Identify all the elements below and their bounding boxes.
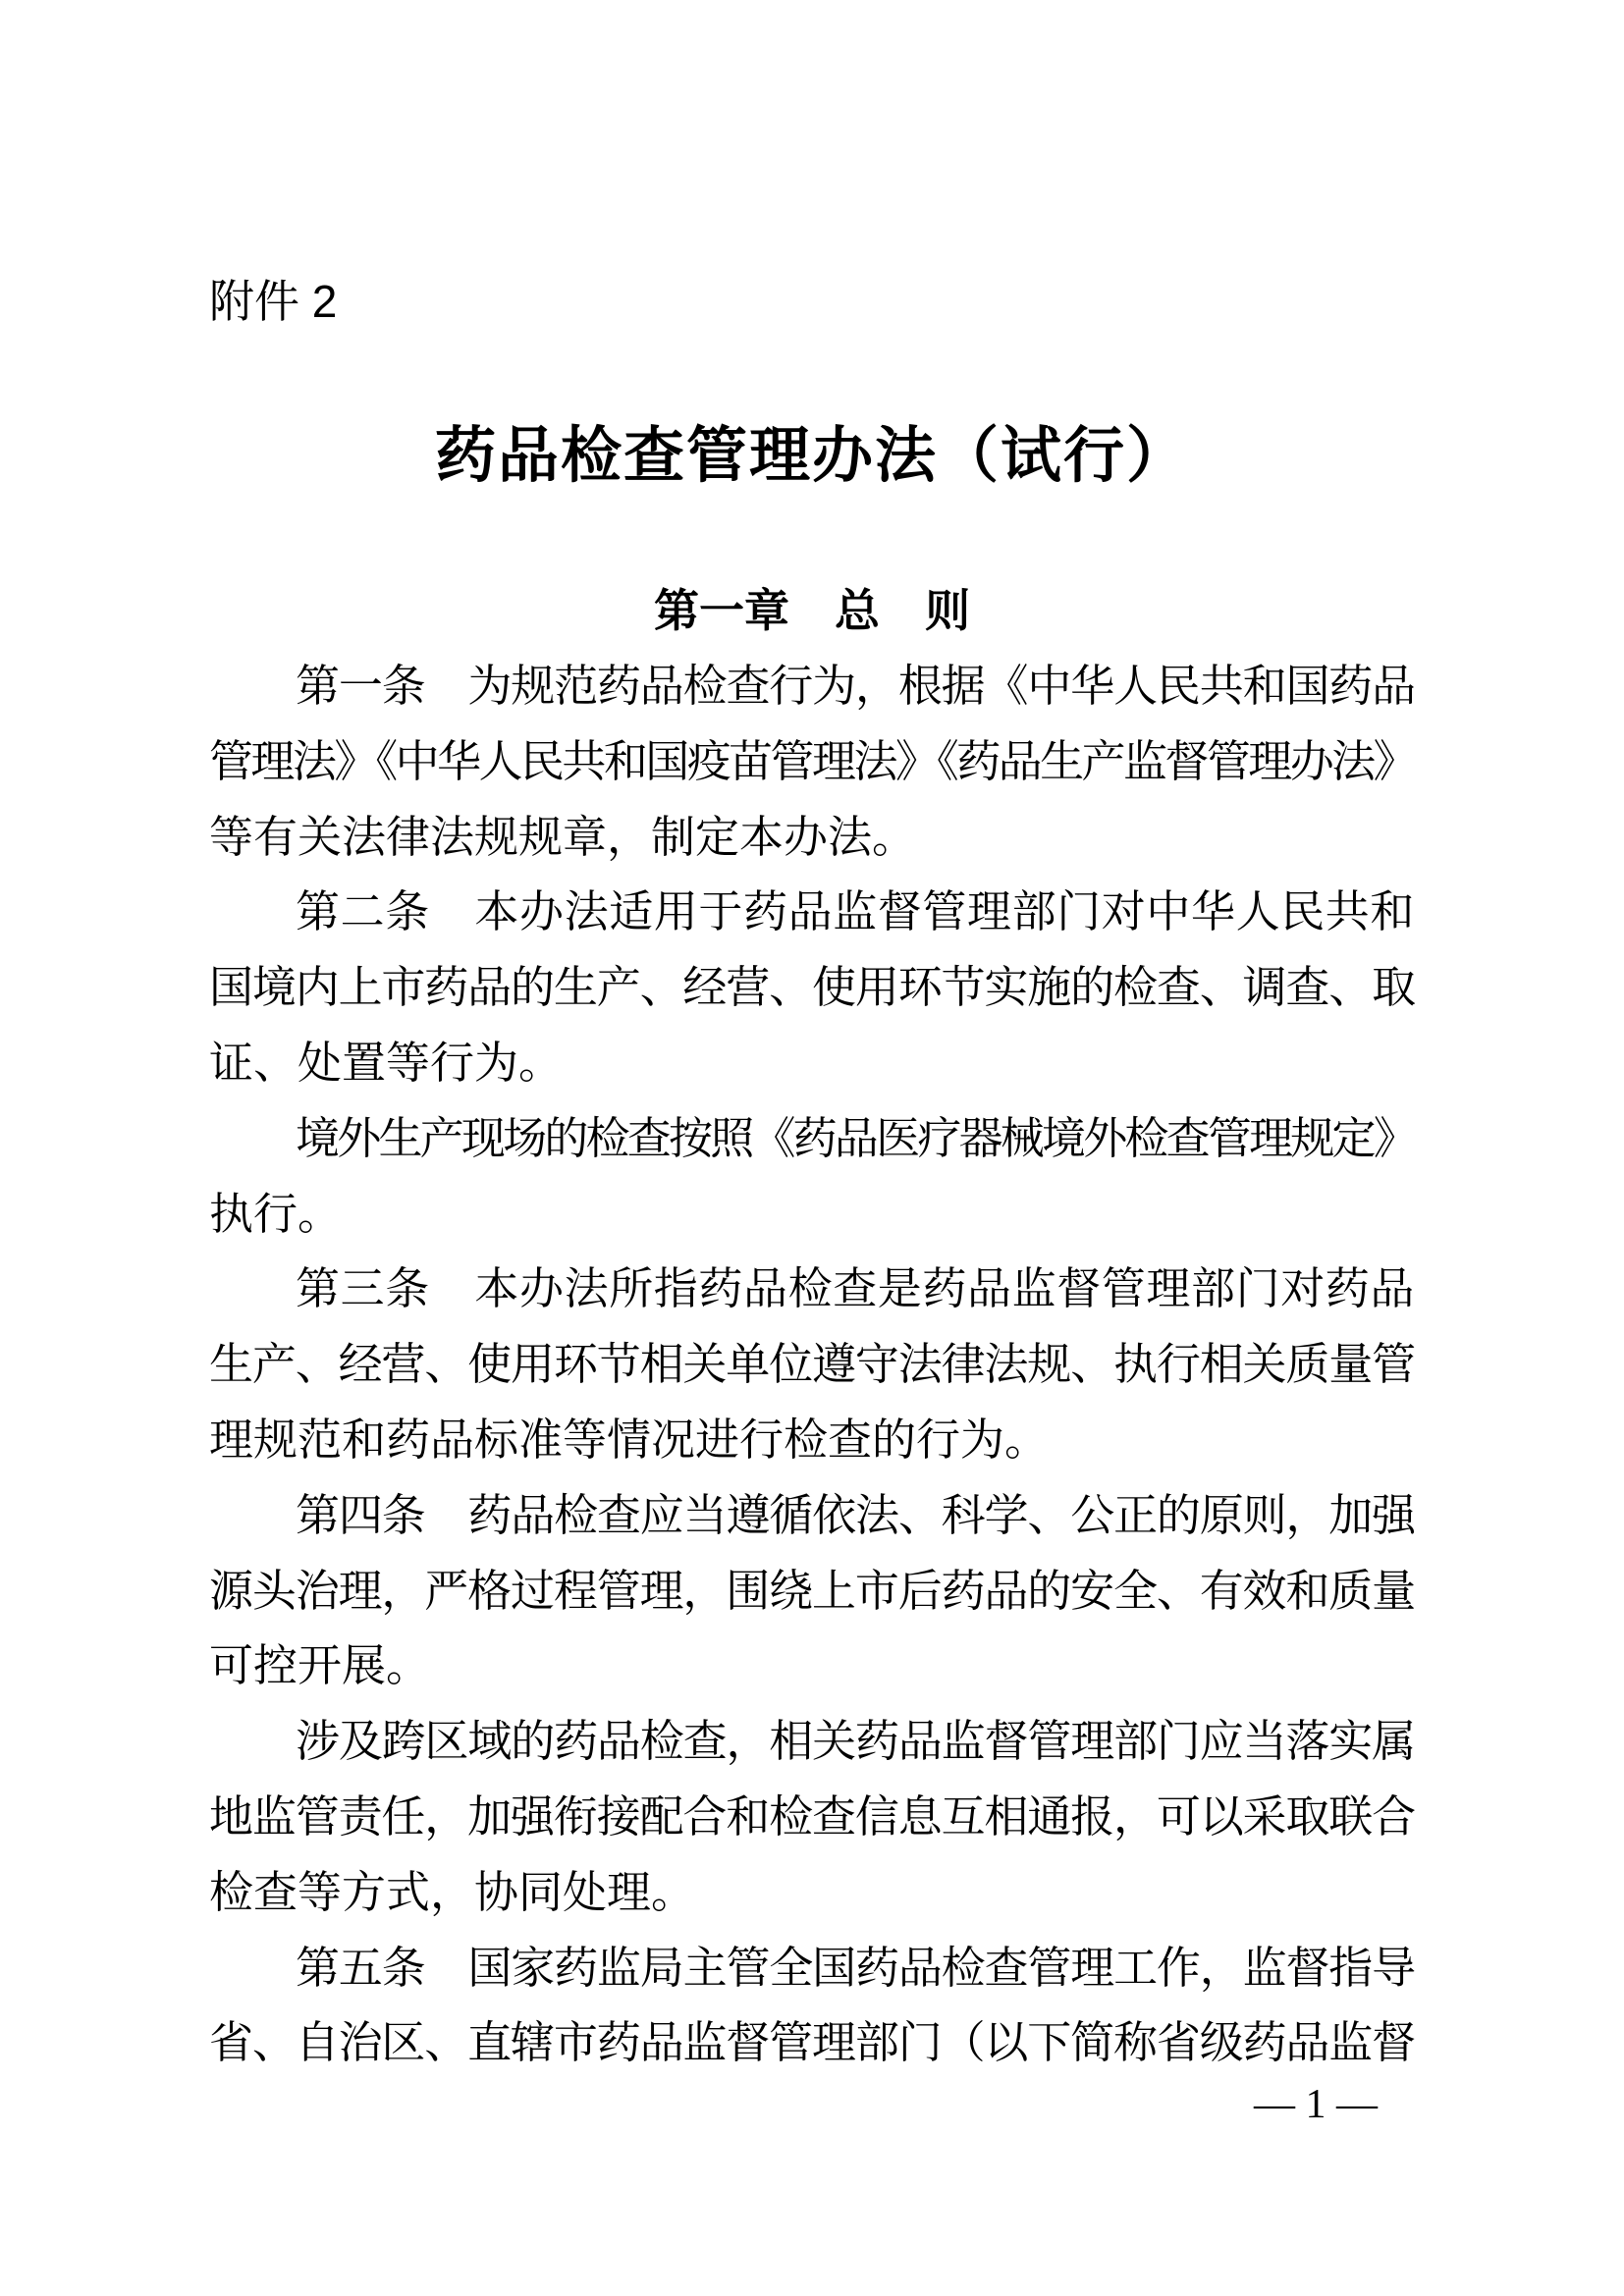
- paragraph: 境外生产现场的检查按照《药品医疗器械境外检查管理规定》 执行。: [209, 1101, 1415, 1253]
- text-line: 第三条 本办法所指药品检查是药品监督管理部门对药品: [209, 1252, 1415, 1327]
- paragraph: 第二条 本办法适用于药品监督管理部门对中华人民共和 国境内上市药品的生产、经营、…: [209, 875, 1415, 1100]
- text-line: 第四条 药品检查应当遵循依法、科学、公正的原则，加强: [209, 1478, 1415, 1554]
- page-number: — 1 —: [1254, 2081, 1378, 2128]
- text-line: 执行。: [209, 1177, 1415, 1253]
- paragraph: 涉及跨区域的药品检查，相关药品监督管理部门应当落实属 地监管责任，加强衔接配合和…: [209, 1704, 1415, 1930]
- document-body: 第一条 为规范药品检查行为，根据《中华人民共和国药品 管理法》《中华人民共和国疫…: [209, 649, 1415, 2081]
- text-line: 生产、经营、使用环节相关单位遵守法律法规、执行相关质量管: [209, 1327, 1415, 1403]
- text-line: 涉及跨区域的药品检查，相关药品监督管理部门应当落实属: [209, 1704, 1415, 1780]
- paragraph: 第五条 国家药监局主管全国药品检查管理工作，监督指导 省、自治区、直辖市药品监督…: [209, 1931, 1415, 2082]
- text-line: 管理法》《中华人民共和国疫苗管理法》《药品生产监督管理办法》: [209, 724, 1415, 800]
- text-line: 等有关法律法规规章，制定本办法。: [209, 800, 1415, 876]
- text-line: 可控开展。: [209, 1629, 1415, 1704]
- text-line: 地监管责任，加强衔接配合和检查信息互相通报，可以采取联合: [209, 1780, 1415, 1855]
- paragraph: 第一条 为规范药品检查行为，根据《中华人民共和国药品 管理法》《中华人民共和国疫…: [209, 649, 1415, 875]
- text-line: 检查等方式，协同处理。: [209, 1855, 1415, 1931]
- document-page: 附件 2 药品检查管理办法（试行） 第一章 总 则 第一条 为规范药品检查行为，…: [0, 0, 1624, 2296]
- text-line: 境外生产现场的检查按照《药品医疗器械境外检查管理规定》: [209, 1101, 1415, 1177]
- text-line: 第五条 国家药监局主管全国药品检查管理工作，监督指导: [209, 1931, 1415, 2006]
- text-line: 国境内上市药品的生产、经营、使用环节实施的检查、调查、取: [209, 950, 1415, 1026]
- text-line: 第一条 为规范药品检查行为，根据《中华人民共和国药品: [209, 649, 1415, 724]
- text-line: 省、自治区、直辖市药品监督管理部门（以下简称省级药品监督: [209, 2005, 1415, 2081]
- text-line: 源头治理，严格过程管理，围绕上市后药品的安全、有效和质量: [209, 1554, 1415, 1629]
- text-line: 第二条 本办法适用于药品监督管理部门对中华人民共和: [209, 875, 1415, 950]
- text-line: 理规范和药品标准等情况进行检查的行为。: [209, 1403, 1415, 1478]
- chapter-heading: 第一章 总 则: [0, 583, 1624, 638]
- document-title: 药品检查管理办法（试行）: [0, 420, 1624, 493]
- attachment-label: 附件 2: [209, 275, 337, 328]
- paragraph: 第三条 本办法所指药品检查是药品监督管理部门对药品 生产、经营、使用环节相关单位…: [209, 1252, 1415, 1477]
- paragraph: 第四条 药品检查应当遵循依法、科学、公正的原则，加强 源头治理，严格过程管理，围…: [209, 1478, 1415, 1704]
- text-line: 证、处置等行为。: [209, 1026, 1415, 1101]
